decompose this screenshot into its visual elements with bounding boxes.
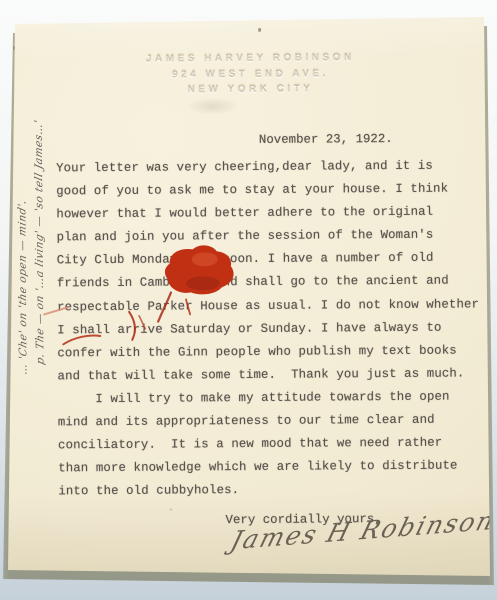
typed-line: Your letter was very cheering,dear lady,… — [56, 154, 478, 180]
typed-line: however that I would better adhere to th… — [56, 201, 478, 227]
paper-speck — [169, 509, 172, 511]
typed-line: and that will take some time. Thank you … — [57, 362, 479, 388]
typed-line: conciliatory. It is a new mood that we n… — [58, 432, 480, 458]
typed-line: respectable Parker House as usual. I do … — [57, 293, 479, 319]
typed-line: confer with the Ginn people who publish … — [57, 339, 479, 365]
typed-line: friends in Cambridge and shall go to the… — [57, 270, 479, 296]
handwritten-marginalia: … 'Che' on 'the open — mind'. p. The — o… — [14, 116, 58, 374]
photo-of-letter: JAMES HARVEY ROBINSON 924 WEST END AVE. … — [0, 0, 497, 600]
typed-line: I will try to make my attitude towards t… — [58, 385, 480, 411]
typed-line: into the old cubbyholes. — [58, 478, 480, 504]
paper-speck — [258, 28, 261, 32]
typed-line: good of you to ask me to stay at your ho… — [56, 177, 478, 203]
marginalia-line: p. The — on '…a living' — 'so tell James… — [31, 114, 50, 376]
letterhead-city: NEW YORK CITY — [90, 81, 410, 99]
typed-line: City Club Monday afternoon. I have a num… — [57, 247, 479, 273]
embossed-letterhead: JAMES HARVEY ROBINSON 924 WEST END AVE. … — [90, 50, 410, 99]
letter-content: JAMES HARVEY ROBINSON 924 WEST END AVE. … — [0, 0, 497, 600]
letter-paper: JAMES HARVEY ROBINSON 924 WEST END AVE. … — [0, 0, 497, 600]
letter-body: Your letter was very cheering,dear lady,… — [56, 154, 480, 503]
typed-line: plan and join you after the session of t… — [56, 224, 478, 250]
typed-line: I shall arrive Saturday or Sunday. I hav… — [57, 316, 479, 342]
marginalia-line: … 'Che' on 'the open — mind'. — [14, 115, 33, 377]
typed-line: than more knowledge which we are likely … — [58, 455, 480, 481]
paper-smudge — [187, 97, 239, 115]
typed-line: mind and its appropriateness to our time… — [58, 408, 480, 434]
letter-date: November 23, 1922. — [259, 132, 393, 147]
